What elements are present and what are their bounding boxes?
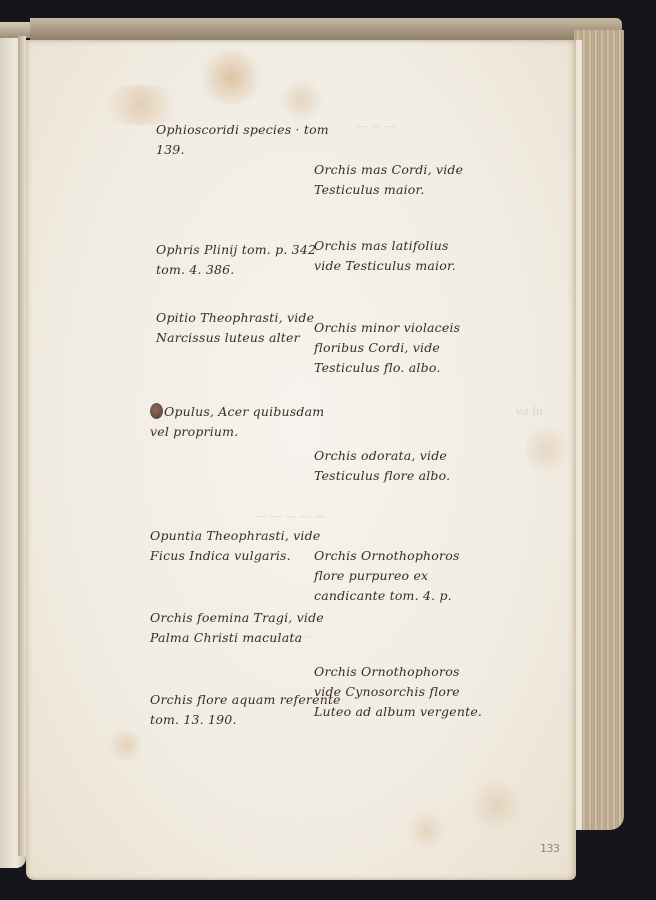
entry-line: Orchis Ornothophoros <box>314 546 460 566</box>
entry-line: Testiculus flore albo. <box>314 466 450 486</box>
index-entry-left-2: Ophris Plinij tom. p. 342 tom. 4. 386. <box>156 240 316 280</box>
entry-line: vel proprium. <box>150 422 324 442</box>
entry-line: Opulus, Acer quibusdam <box>150 402 324 422</box>
bleed-through-text: — — — <box>356 120 396 133</box>
entry-line: Testiculus maior. <box>314 180 463 200</box>
index-entry-right-4: Orchis odorata, vide Testiculus flore al… <box>314 446 450 486</box>
index-entry-left-7: Orchis flore aquam referente tom. 13. 19… <box>150 690 341 730</box>
entry-line: Palma Christi maculata <box>150 628 324 648</box>
entry-text: Opulus, Acer quibusdam <box>164 404 324 419</box>
index-entry-right-6: Orchis Ornothophoros vide Cynosorchis fl… <box>314 662 482 722</box>
entry-line: candicante tom. 4. p. <box>314 586 460 606</box>
entry-line: Ophioscoridi species · tom <box>156 120 329 140</box>
entry-line: Opuntia Theophrasti, vide <box>150 526 320 546</box>
index-entry-left-1: Ophioscoridi species · tom 139. <box>156 120 329 160</box>
index-entry-right-5: Orchis Ornothophoros flore purpureo ex c… <box>314 546 460 606</box>
bleed-through-text: — — — — — <box>256 510 325 523</box>
entry-line: vide Testiculus maior. <box>314 256 456 276</box>
entry-line: 139. <box>156 140 329 160</box>
index-entry-left-5: Opuntia Theophrasti, vide Ficus Indica v… <box>150 526 320 566</box>
index-entry-left-6: Orchis foemina Tragi, vide Palma Christi… <box>150 608 324 648</box>
book-top-edge <box>30 18 622 42</box>
folio-number: 133 <box>540 842 560 855</box>
entry-line: Ophris Plinij tom. p. 342 <box>156 240 316 260</box>
foxing-stain <box>196 50 266 105</box>
entry-line: Orchis mas Cordi, vide <box>314 160 463 180</box>
foxing-stain <box>96 85 186 125</box>
index-entry-right-3: Orchis minor violaceis floribus Cordi, v… <box>314 318 460 378</box>
foxing-stain <box>466 780 526 830</box>
foxing-stain <box>106 730 146 760</box>
entry-line: tom. 4. 386. <box>156 260 316 280</box>
entry-line: vide Cynosorchis flore <box>314 682 482 702</box>
index-entry-left-3: Opitio Theophrasti, vide Narcissus luteu… <box>156 308 314 348</box>
entry-line: Testiculus flo. albo. <box>314 358 460 378</box>
entry-line: Luteo ad album vergente. <box>314 702 482 722</box>
manuscript-page: — — — va lu — — — — — — — — — <box>26 40 576 880</box>
entry-line: Orchis flore aquam referente <box>150 690 341 710</box>
foxing-stain <box>406 810 446 850</box>
entry-line: Opitio Theophrasti, vide <box>156 308 314 328</box>
entry-line: tom. 13. 190. <box>150 710 341 730</box>
ink-blot-seal-icon <box>150 403 163 419</box>
entry-line: Ficus Indica vulgaris. <box>150 546 320 566</box>
entry-line: Orchis foemina Tragi, vide <box>150 608 324 628</box>
bleed-through-text: va lu <box>516 405 543 418</box>
index-entry-left-4: Opulus, Acer quibusdam vel proprium. <box>150 402 324 442</box>
index-entry-right-2: Orchis mas latifolius vide Testiculus ma… <box>314 236 456 276</box>
entry-line: Narcissus luteus alter <box>156 328 314 348</box>
entry-line: Orchis odorata, vide <box>314 446 450 466</box>
binding-gutter <box>18 36 26 856</box>
index-entry-right-1: Orchis mas Cordi, vide Testiculus maior. <box>314 160 463 200</box>
entry-line: Orchis minor violaceis <box>314 318 460 338</box>
entry-line: Orchis Ornothophoros <box>314 662 482 682</box>
entry-line: Orchis mas latifolius <box>314 236 456 256</box>
entry-line: floribus Cordi, vide <box>314 338 460 358</box>
foxing-stain <box>526 420 566 480</box>
entry-line: flore purpureo ex <box>314 566 460 586</box>
foxing-stain <box>276 80 326 120</box>
